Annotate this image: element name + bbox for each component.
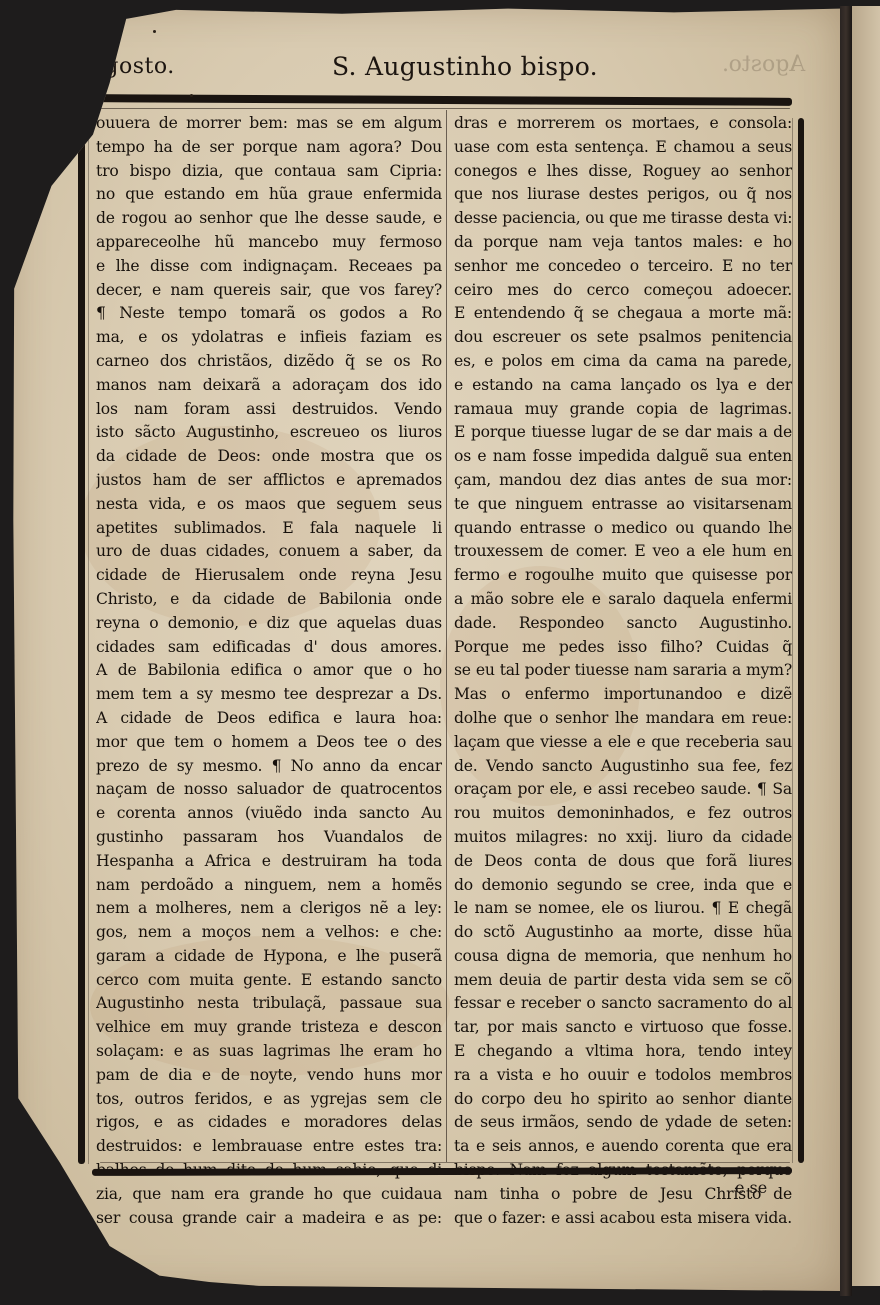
text-line: ceiro mes do cerco começou adoecer. [454,279,792,303]
text-line: oraçam por ele, e assi recebeo saude. ¶ … [454,778,792,802]
text-line: prezo de sy mesmo. ¶ No anno da encar [96,755,442,779]
text-line: uro de duas cidades, conuem a saber, da [96,540,442,564]
text-line: pam de dia e de noyte, vendo huns mor [96,1064,442,1088]
text-line: conegos e lhes disse, Roguey ao senhor [454,160,792,184]
text-line: destruidos: e lembrauase entre estes tra… [96,1135,442,1159]
text-line: çam, mandou dez dias antes de sua mor: [454,469,792,493]
text-line: E chegando a vltima hora, tendo intey [454,1040,792,1064]
text-line: uase com esta sentença. E chamou a seus [454,136,792,160]
text-line: A de Babilonia edifica o amor que o ho [96,659,442,683]
text-line: ramaua muy grande copia de lagrimas. [454,398,792,422]
text-line: mem deuia de partir desta vida sem se cõ [454,969,792,993]
text-line: justos ham de ser afflictos e apremados [96,469,442,493]
text-line: e corenta annos (viuẽdo inda sancto Au [96,802,442,826]
text-line: de. Vendo sancto Augustinho sua fee, fez [454,755,792,779]
text-line: E porque tiuesse lugar de se dar mais a … [454,421,792,445]
text-line: reyna o demonio, e diz que aquelas duas [96,612,442,636]
text-line: te que ninguem entrasse ao visitarsenam [454,493,792,517]
left-border-bar [78,114,85,1164]
text-line: desse paciencia, ou que me tirasse desta… [454,207,792,231]
header-month: Agosto. [88,54,175,79]
text-line: naçam de nosso saluador de quatrocentos [96,778,442,802]
text-line: gos, nem a moços nem a velhos: e che: [96,921,442,945]
text-line: cidade de Hierusalem onde reyna Jesu [96,564,442,588]
text-line: zia, que nam era grande ho que cuidaua [96,1183,442,1207]
text-line: dras e morrerem os mortaes, e consola: [454,112,792,136]
text-line: a mão sobre ele e saralo daquela enfermi [454,588,792,612]
text-line: cidades sam edificadas d' dous amores. [96,636,442,660]
text-line: rou muitos demoninhados, e fez outros [454,802,792,826]
text-line: que o fazer: e assi acabou esta misera v… [454,1207,792,1231]
text-line: manos nam deixarã a adoraçam dos ido [96,374,442,398]
text-line: gustinho passaram hos Vuandalos de [96,826,442,850]
text-line: apetites sublimados. E fala naquele li [96,517,442,541]
text-line: Augustinho nesta tribulaçã, passaue sua [96,992,442,1016]
text-line: do corpo deu ho spirito ao senhor diante [454,1088,792,1112]
right-border-bar [798,118,804,1163]
text-line: Hespanha a Africa e destruiram ha toda [96,850,442,874]
text-line: nem a molheres, nem a clerigos nẽ a ley: [96,897,442,921]
text-line: tro bispo dizia, que contaua sam Cipria: [96,160,442,184]
text-line: que nos liurase destes perigos, ou q̃ no… [454,183,792,207]
text-line: tempo ha de ser porque nam agora? Dou [96,136,442,160]
gutter-shadow [840,6,852,1296]
text-line: fermo e rogoulhe muito que quisesse por [454,564,792,588]
text-line: cerco com muita gente. E estando sancto [96,969,442,993]
text-line: ma, e os ydolatras e infieis faziam es [96,326,442,350]
text-line: do sctõ Augustinho aa morte, disse hũa [454,921,792,945]
text-line: Mas o enfermo importunandoo e dizẽ [454,683,792,707]
text-line: trouxessem de comer. E veo a ele hum en [454,540,792,564]
text-line: decer, e nam quereis sair, que vos farey… [96,279,442,303]
text-line: da cidade de Deos: onde mostra que os [96,445,442,469]
text-line: ouuera de morrer bem: mas se em algum [96,112,442,136]
left-fine-rule [88,114,89,1164]
text-line: tar, por mais sancto e virtuoso que foss… [454,1016,792,1040]
text-line: es, e polos em cima da cama na parede, [454,350,792,374]
book-page: Agosto. S. Augustinho bispo. Agosto. ouu… [10,6,840,1291]
text-line: mem tem a sy mesmo tee desprezar a Ds. [96,683,442,707]
text-line: rigos, e as cidades e moradores delas [96,1111,442,1135]
text-line: senhor me concedeo o terceiro. E no ter [454,255,792,279]
bottom-rule-thin [100,1162,790,1163]
text-column-right: dras e morrerem os mortaes, e consola: u… [454,112,792,1230]
text-line: no que estando em hũa graue enfermida [96,183,442,207]
text-line: Christo, e da cidade de Babilonia onde [96,588,442,612]
text-line: e estando na cama lançado os lya e der [454,374,792,398]
text-line: ser cousa grande cair a madeira e as pe: [96,1207,442,1231]
ink-speck [153,30,156,33]
text-line: os e nam fosse impedida dalguẽ sua enten [454,445,792,469]
adjacent-page-edge [852,6,880,1286]
text-line: mor que tem o homem a Deos tee o des [96,731,442,755]
header-showthrough: Agosto. [722,52,805,77]
text-line: cousa digna de memoria, que nenhum ho [454,945,792,969]
text-line: ta e seis annos, e auendo corenta que er… [454,1135,792,1159]
text-line: muitos milagres: no xxij. liuro da cidad… [454,826,792,850]
top-rule-thin [100,108,790,109]
scan-background: Agosto. S. Augustinho bispo. Agosto. ouu… [0,0,880,1305]
column-divider [446,110,447,1162]
text-line: tos, outros feridos, e as ygrejas sem cl… [96,1088,442,1112]
text-line: E entendendo q̃ se chegaua a morte mã: [454,302,792,326]
text-line: de rogou ao senhor que lhe desse saude, … [96,207,442,231]
right-fine-rule [792,118,793,1163]
text-line: de Deos conta de dous que forã liures [454,850,792,874]
text-line: dolhe que o senhor lhe mandara em reue: [454,707,792,731]
text-line: Porque me pedes isso filho? Cuidas q̃ [454,636,792,660]
text-line: quando entrasse o medico ou quando lhe [454,517,792,541]
text-line: e lhe disse com indignaçam. Receaes pa [96,255,442,279]
header-title: S. Augustinho bispo. [332,52,598,81]
text-line: solaçam: e as suas lagrimas lhe eram ho [96,1040,442,1064]
text-line: dade. Respondeo sancto Augustinho. [454,612,792,636]
text-line: do demonio segundo se cree, inda que e [454,874,792,898]
text-line: le nam se nomee, ele os liurou. ¶ E cheg… [454,897,792,921]
text-line: garam a cidade de Hypona, e lhe puserã [96,945,442,969]
ink-speck [190,94,193,97]
text-line: A cidade de Deos edifica e laura hoa: [96,707,442,731]
text-line: los nam foram assi destruidos. Vendo [96,398,442,422]
text-line: da porque nam veja tantos males: e ho [454,231,792,255]
text-line: de seus irmãos, sendo de ydade de seten: [454,1111,792,1135]
text-line: nam perdoãdo a ninguem, nem a homẽs [96,874,442,898]
text-line: ¶ Neste tempo tomarã os godos a Ro [96,302,442,326]
text-line: laçam que viesse a ele e que receberia s… [454,731,792,755]
text-line: isto sãcto Augustinho, escreueo os liuro… [96,421,442,445]
text-line: dou escreuer os sete psalmos penitencia [454,326,792,350]
text-line: se eu tal poder tiuesse nam sararia a my… [454,659,792,683]
text-column-left: ouuera de morrer bem: mas se em algum te… [96,112,442,1230]
text-line: appareceolhe hũ mancebo muy fermoso [96,231,442,255]
text-line: ra a vista e ho ouuir e todolos membros [454,1064,792,1088]
text-line: velhice em muy grande tristeza e descon [96,1016,442,1040]
running-header: Agosto. S. Augustinho bispo. Agosto. [10,46,840,96]
text-line: nesta vida, e os maos que seguem seus [96,493,442,517]
catchword: e se [735,1178,767,1197]
text-line: carneo dos christãos, dizẽdo q̃ se os Ro [96,350,442,374]
text-line: fessar e receber o sancto sacramento do … [454,992,792,1016]
